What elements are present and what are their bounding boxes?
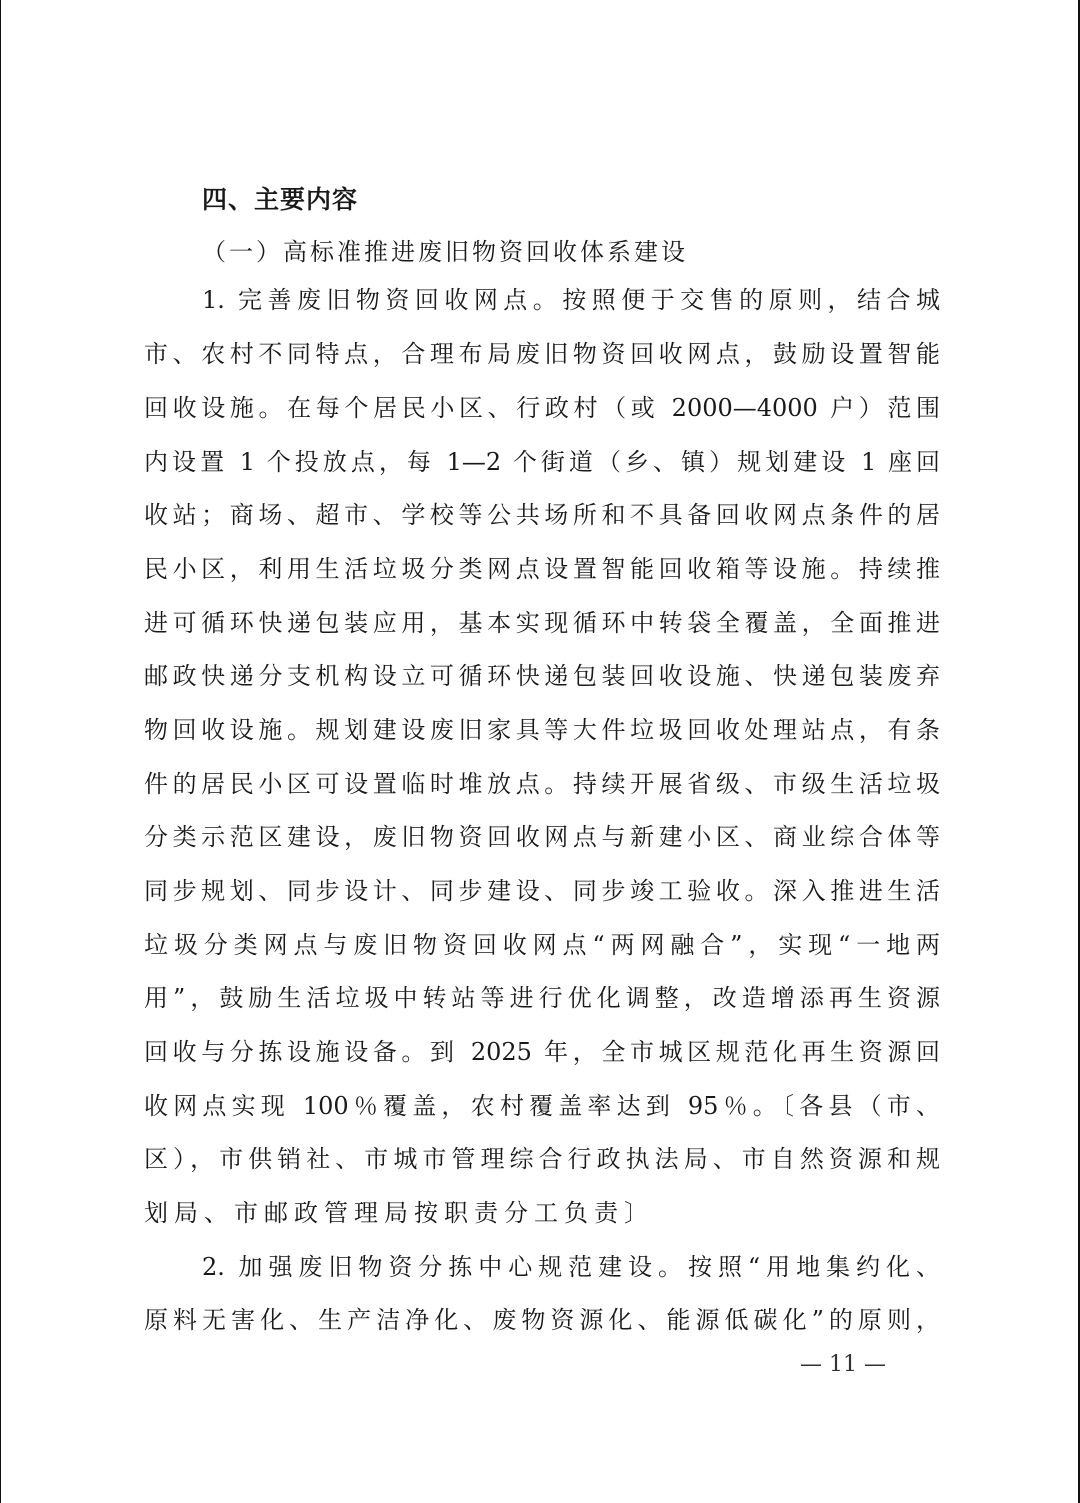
paragraph-line: 市、农村不同特点，合理布局废旧物资回收网点，鼓励设置智能: [144, 339, 940, 369]
paragraph-line: 回收设施。在每个居民小区、行政村（或 2000—4000 户）范围: [144, 393, 940, 423]
paragraph-line: 2. 加强废旧物资分拣中心规范建设。按照“用地集约化、: [202, 1252, 940, 1282]
subsection-heading: （一）高标准推进废旧物资回收体系建设: [202, 232, 688, 267]
paragraph-line: 分类示范区建设，废旧物资回收网点与新建小区、商业综合体等: [144, 822, 940, 852]
paragraph-line: 同步规划、同步设计、同步建设、同步竣工验收。深入推进生活: [144, 876, 940, 906]
paragraph-line: 收网点实现 100％覆盖，农村覆盖率达到 95％。〔各县（市、: [144, 1091, 940, 1121]
paragraph-line: 民小区，利用生活垃圾分类网点设置智能回收箱等设施。持续推: [144, 554, 940, 584]
paragraph-line: 用”，鼓励生活垃圾中转站等进行优化调整，改造增添再生资源: [144, 983, 940, 1013]
paragraph-line: 1. 完善废旧物资回收网点。按照便于交售的原则，结合城: [202, 285, 940, 315]
paragraph-line: 划局、市邮政管理局按职责分工负责〕: [144, 1198, 940, 1228]
paragraph-line: 件的居民小区可设置临时堆放点。持续开展省级、市级生活垃圾: [144, 769, 940, 799]
paragraph-line: 内设置 1 个投放点，每 1—2 个街道（乡、镇）规划建设 1 座回: [144, 447, 940, 477]
paragraph-line: 区），市供销社、市城市管理综合行政执法局、市自然资源和规: [144, 1144, 940, 1174]
paragraph-line: 邮政快递分支机构设立可循环快递包装回收设施、快递包装废弃: [144, 661, 940, 691]
section-heading: 四、主要内容: [202, 180, 358, 216]
page-edge-left: [0, 0, 1, 1503]
paragraph-line: 原料无害化、生产洁净化、废物资源化、能源低碳化”的原则，: [144, 1305, 940, 1335]
paragraph-line: 物回收设施。规划建设废旧家具等大件垃圾回收处理站点，有条: [144, 715, 940, 745]
paragraph-line: 回收与分拣设施设备。到 2025 年，全市城区规范化再生资源回: [144, 1037, 940, 1067]
page-number: — 11 —: [800, 1352, 886, 1377]
paragraph-line: 进可循环快递包装应用，基本实现循环中转袋全覆盖，全面推进: [144, 608, 940, 638]
paragraph-line: 垃圾分类网点与废旧物资回收网点“两网融合”，实现“一地两: [144, 930, 940, 960]
paragraph-line: 收站；商场、超市、学校等公共场所和不具备回收网点条件的居: [144, 500, 940, 530]
